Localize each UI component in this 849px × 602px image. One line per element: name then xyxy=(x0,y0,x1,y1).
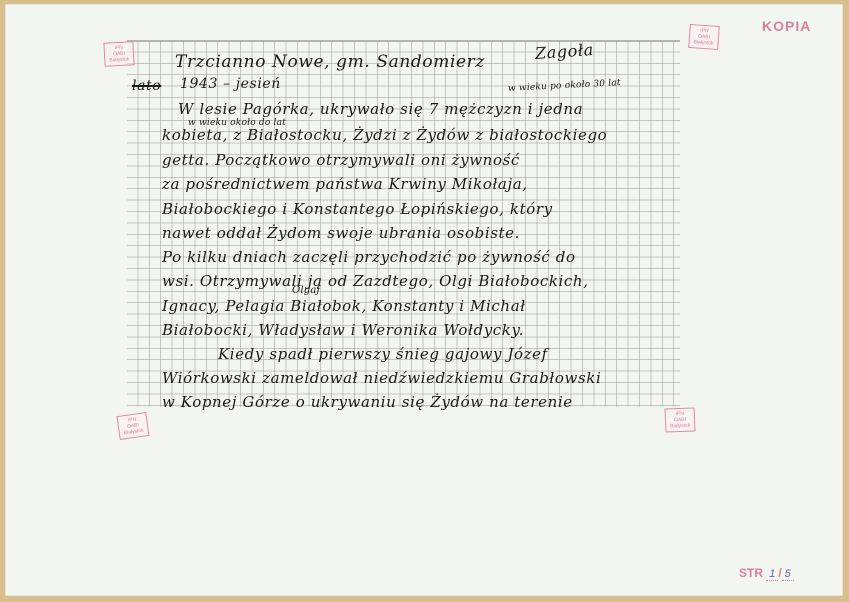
text-line-11: Kiedy spadł pierwszy śnieg gajowy Józef xyxy=(218,345,548,363)
text-line-6: nawet oddał Żydom swoje ubrania osobiste… xyxy=(162,224,520,242)
text-line-10: Białobocki, Władysław i Weronika Wołdyck… xyxy=(162,321,524,339)
text-line-3: getta. Początkowo otrzymywali oni żywnoś… xyxy=(162,151,520,169)
page-total: 5 xyxy=(785,568,791,580)
text-line-5: Białobockiego i Konstantego Łopińskiego,… xyxy=(162,200,553,218)
ipn-stamp-top-right: IPN OABI Białystok xyxy=(688,24,720,50)
ipn-stamp-top-left: IPN OABI Białystok xyxy=(103,41,134,67)
page-label: STR xyxy=(739,566,763,580)
text-line-2: kobieta, z Białostocku, Żydzi z Żydów z … xyxy=(162,126,607,144)
copy-stamp-label: KOPIA xyxy=(762,18,811,34)
text-line-8: wsi. Otrzymywali ją od Zazdtego, Olgi Bi… xyxy=(162,272,589,290)
location-line: Trzcianno Nowe, gm. Sandomierz xyxy=(175,52,485,72)
text-line-7: Po kilku dniach zaczęli przychodzić po ż… xyxy=(162,248,576,266)
stamp-line: Białystok xyxy=(105,56,133,63)
text-line-13: w Kopnej Górze o ukrywaniu się Żydów na … xyxy=(162,393,573,411)
date-struck-word: lato xyxy=(132,78,161,94)
ipn-stamp-bottom-left: IPN OABI Białystok xyxy=(116,412,149,440)
stamp-line: Białystok xyxy=(666,423,694,430)
insert-names-note: Olgaj xyxy=(292,285,320,296)
ipn-stamp-bottom-right: IPN OABI Białystok xyxy=(665,407,696,432)
date-line: 1943 – jesień xyxy=(180,76,281,92)
text-line-1: W lesie Pagórka, ukrywało się 7 mężczyzn… xyxy=(178,100,583,118)
text-line-4: za pośrednictwem państwa Krwiny Mikołaja… xyxy=(162,175,528,193)
text-line-12: Wiórkowski zameldował niedźwiedzkiemu Gr… xyxy=(162,369,601,387)
text-line-9: Ignacy, Pelagia Białobok, Konstanty i Mi… xyxy=(162,297,526,315)
stamp-line: Białystok xyxy=(689,39,717,47)
page-current: 1 xyxy=(769,568,775,580)
page-counter: STR 1/5 xyxy=(739,566,794,581)
